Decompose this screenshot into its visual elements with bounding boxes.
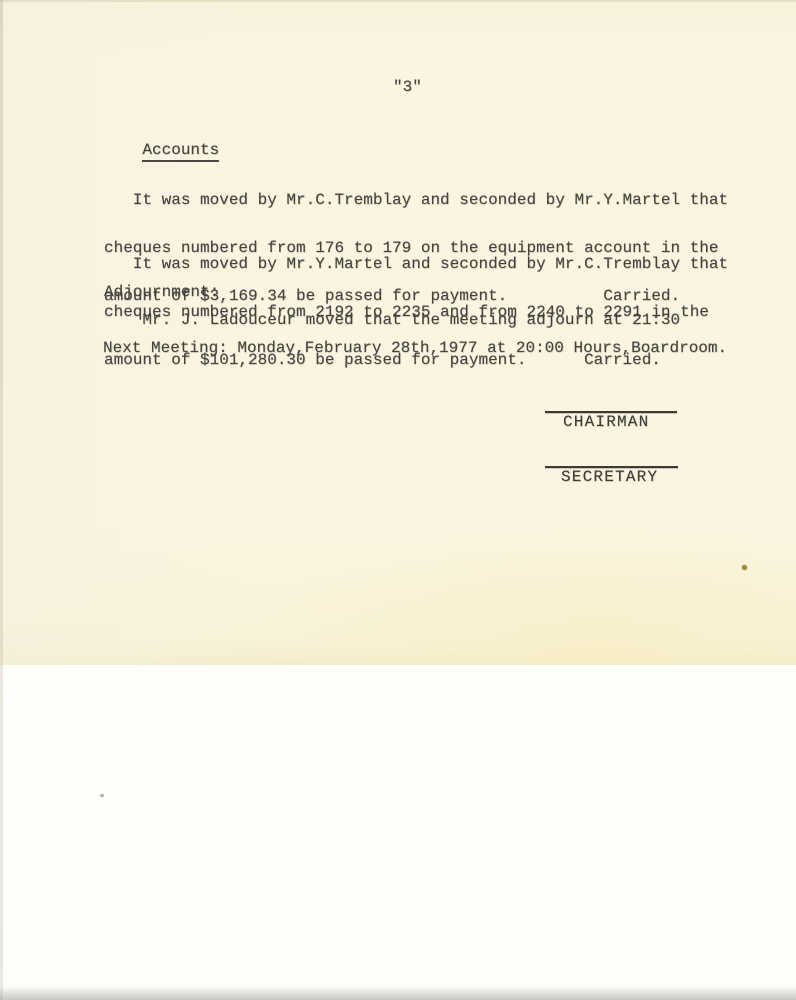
next-meeting-line: Next Meeting: Monday,February 28th,1977 … (103, 340, 727, 356)
secretary-label: SECRETARY (561, 469, 658, 485)
paper-speck (742, 565, 747, 570)
scan-top-edge (0, 0, 796, 2)
page-number: "3" (393, 79, 422, 95)
scanned-minutes-page: "3" Accounts It was moved by Mr.C.Trembl… (0, 0, 796, 1000)
chairman-label: CHAIRMAN (563, 414, 649, 430)
section-heading-accounts-text: Accounts (142, 141, 219, 162)
motion-line: It was moved by Mr.Y.Martel and seconded… (104, 256, 728, 272)
adjournment-motion-line: Mr. J. Ladouceur moved that the meeting … (104, 312, 680, 328)
scan-bottom-edge (0, 986, 796, 1000)
section-heading-adjournment: Adjournment: (104, 284, 219, 300)
scan-left-edge (0, 0, 3, 1000)
paper-speck (100, 794, 104, 797)
motion-line: It was moved by Mr.C.Tremblay and second… (104, 192, 728, 208)
